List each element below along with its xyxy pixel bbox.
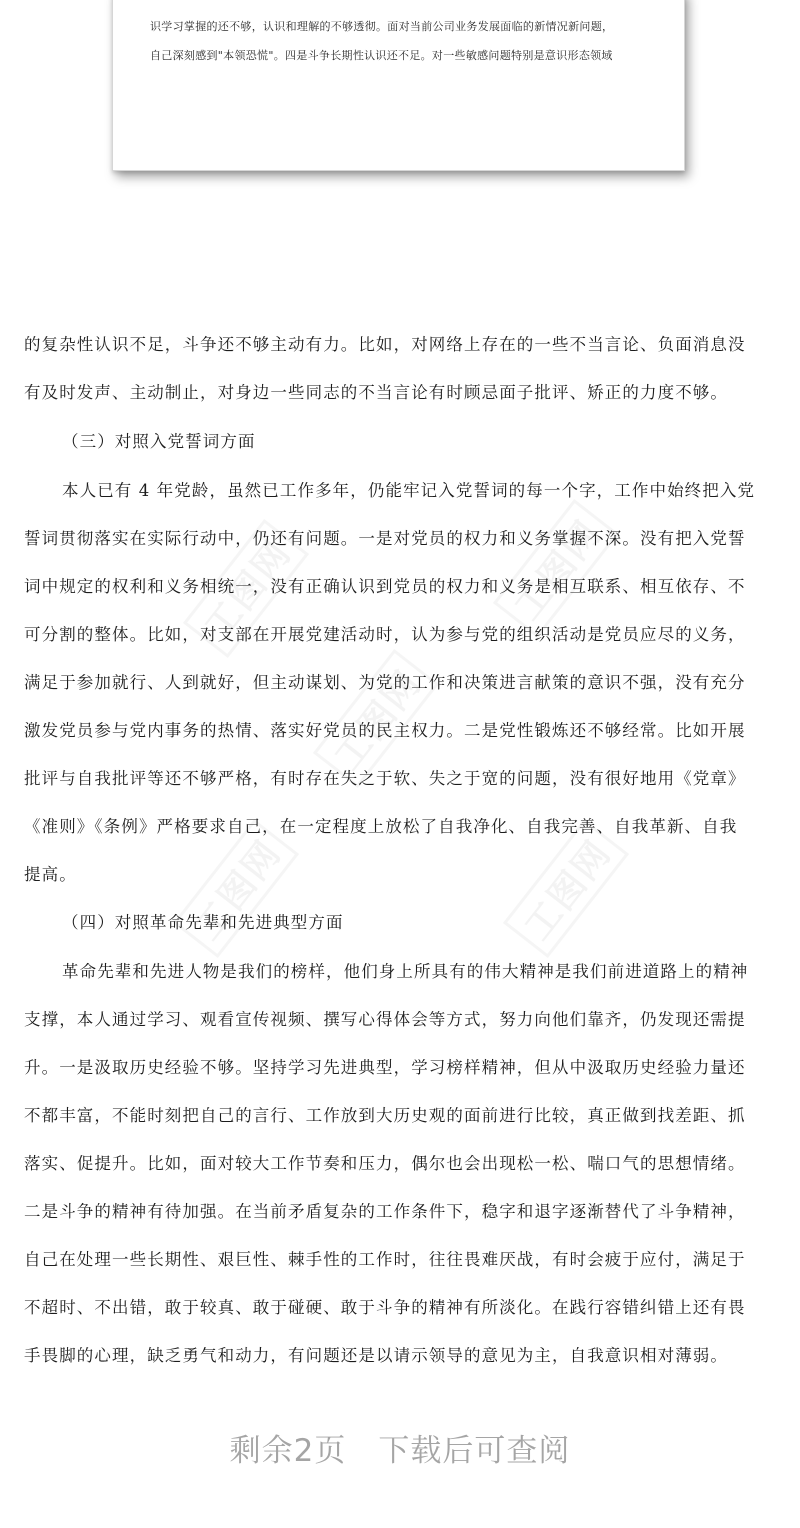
text-line: 自己在处理一些长期性、艰巨性、棘手性的工作时，往往畏难厌战，有时会疲于应付，满足… (24, 1246, 746, 1270)
text-line: 词中规定的权利和义务相统一，没有正确认识到党员的权力和义务是相互联系、相互依存、… (24, 573, 746, 597)
text-line: 的复杂性认识不足，斗争还不够主动有力。比如，对网络上存在的一些不当言论、负面消息… (24, 331, 746, 355)
text-line: 本人已有 4 年党龄，虽然已工作多年，仍能牢记入党誓词的每一个字，工作中始终把入… (62, 477, 755, 501)
text-line: 不超时、不出错，敢于较真、敢于碰硬、敢于斗争的精神有所淡化。在践行容错纠错上还有… (24, 1294, 746, 1318)
section-heading-4: （四）对照革命先辈和先进典型方面 (62, 909, 344, 933)
text-line: 手畏脚的心理，缺乏勇气和动力，有问题还是以请示领导的意见为主，自我意识相对薄弱。 (24, 1342, 728, 1366)
text-line: 《准则》《条例》严格要求自己，在一定程度上放松了自我净化、自我完善、自我革新、自… (24, 813, 737, 837)
preview-line: 自己深刻感到"本领恐慌"。四是斗争长期性认识还不足。对一些敏感问题特别是意识形态… (150, 47, 613, 63)
text-line: 革命先辈和先进人物是我们的榜样，他们身上所具有的伟大精神是我们前进道路上的精神 (62, 958, 748, 982)
watermark: 工图网 (493, 499, 619, 638)
download-notice[interactable]: 剩余2页下载后可查阅 (0, 1425, 800, 1470)
text-line: 满足于参加就行、人到就好，但主动谋划、为党的工作和决策进言献策的意识不强，没有充… (24, 669, 746, 693)
preview-line: 识学习掌握的还不够，认识和理解的不够透彻。面对当前公司业务发展面临的新情况新问题… (150, 18, 613, 34)
text-line: 落实、促提升。比如，面对较大工作节奏和压力，偶尔也会出现松一松、喘口气的思想情绪… (24, 1150, 746, 1174)
text-line: 提高。 (24, 861, 77, 885)
text-line: 有及时发声、主动制止，对身边一些同志的不当言论有时顾忌面子批评、矫正的力度不够。 (24, 379, 728, 403)
text-line: 激发党员参与党内事务的热情、落实好党员的民主权力。二是党性锻炼还不够经常。比如开… (24, 717, 746, 741)
text-line: 升。一是汲取历史经验不够。坚持学习先进典型，学习榜样精神，但从中汲取历史经验力量… (24, 1054, 746, 1078)
preview-page-card: 识学习掌握的还不够，认识和理解的不够透彻。面对当前公司业务发展面临的新情况新问题… (112, 0, 685, 171)
text-line: 誓词贯彻落实在实际行动中，仍还有问题。一是对党员的权力和义务掌握不深。没有把入党… (24, 525, 746, 549)
download-to-view-label[interactable]: 下载后可查阅 (378, 1433, 570, 1469)
watermark: 工图网 (503, 819, 629, 958)
text-line: 批评与自我批评等还不够严格，有时存在失之于软、失之于宽的问题，没有很好地用《党章… (24, 765, 746, 789)
text-line: 可分割的整体。比如，对支部在开展党建活动时，认为参与党的组织活动是党员应尽的义务… (24, 621, 746, 645)
text-line: 不都丰富，不能时刻把自己的言行、工作放到大历史观的面前进行比较，真正做到找差距、… (24, 1102, 746, 1126)
text-line: 二是斗争的精神有待加强。在当前矛盾复杂的工作条件下，稳字和退字逐渐替代了斗争精神… (24, 1198, 746, 1222)
section-heading-3: （三）对照入党誓词方面 (62, 428, 256, 452)
remaining-pages-label: 剩余2页 (230, 1433, 347, 1469)
watermark: 工图网 (173, 819, 299, 958)
text-line: 支撑，本人通过学习、观看宣传视频、撰写心得体会等方式，努力向他们靠齐，仍发现还需… (24, 1006, 746, 1030)
